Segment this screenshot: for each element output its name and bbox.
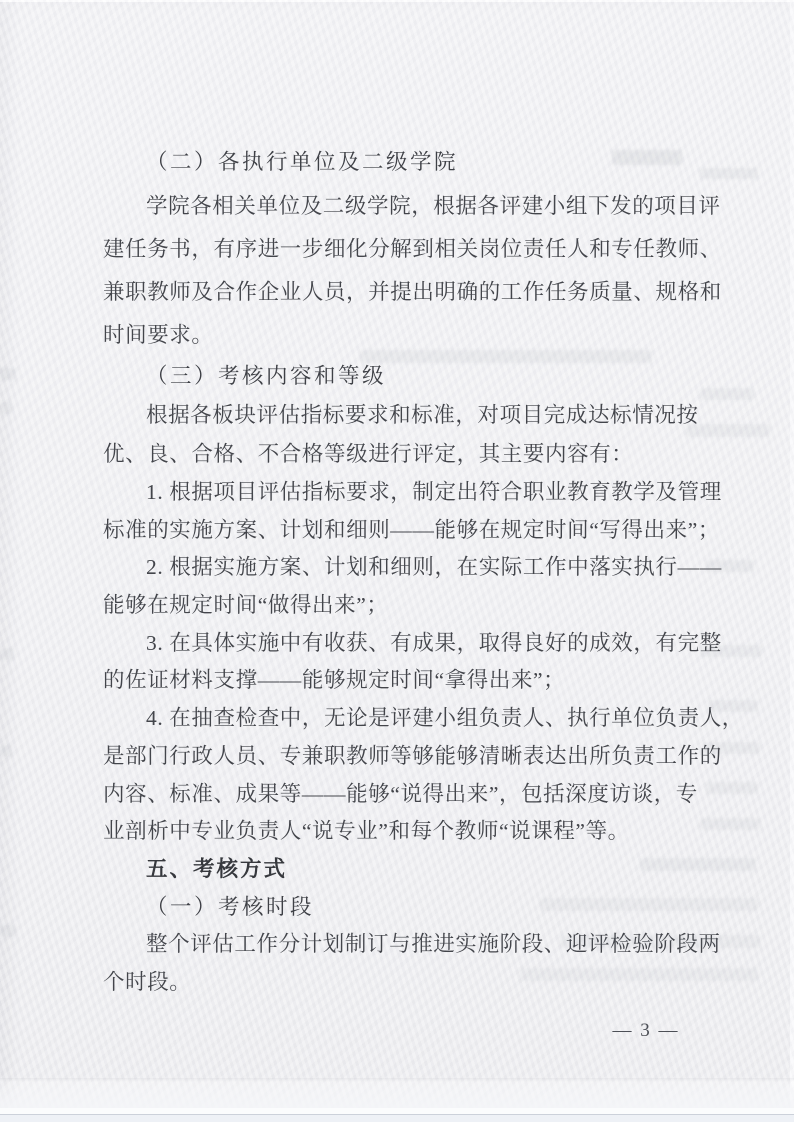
paragraph-line: 根据各板块评估指标要求和标准，对项目完成达标情况按 (103, 396, 699, 435)
section-heading-3: （三）考核内容和等级 (103, 357, 699, 396)
numbered-item-line: 是部门行政人员、专兼职教师等够能够清晰表达出所负责工作的 (103, 738, 699, 776)
paragraph-line: 优、良、合格、不合格等级进行评定，其主要内容有： (103, 435, 699, 474)
scan-bottom-edge (0, 1114, 794, 1122)
numbered-item-line: 的佐证材料支撑——能够规定时间“拿得出来”； (103, 662, 699, 700)
bleed-through-mark (700, 818, 760, 830)
chapter-heading-5: 五、考核方式 (103, 851, 699, 889)
numbered-item-line: 业剖析中专业负责人“说专业”和每个教师“说课程”等。 (103, 813, 699, 851)
numbered-item-line: 标准的实施方案、计划和细则——能够在规定时间“写得出来”； (103, 512, 699, 550)
numbered-item-line: 2. 根据实施方案、计划和细则，在实际工作中落实执行—— (103, 549, 699, 587)
paragraph-line: 兼职教师及合作企业人员，并提出明确的工作任务质量、规格和 (103, 271, 699, 314)
paragraph-line: 学院各相关单位及二级学院，根据各评建小组下发的项目评 (103, 185, 699, 228)
paragraph-line: 个时段。 (103, 964, 699, 1002)
page-number: — 3 — (596, 1018, 696, 1044)
numbered-item-line: 1. 根据项目评估指标要求，制定出符合职业教育教学及管理 (103, 474, 699, 512)
scan-fold-band (0, 1078, 794, 1110)
bleed-through-mark (700, 388, 754, 400)
bleed-through-mark (700, 168, 758, 179)
document-body: （二）各执行单位及二级学院 学院各相关单位及二级学院，根据各评建小组下发的项目评… (103, 140, 699, 1002)
bleed-through-mark (706, 782, 758, 794)
section-heading-5-1: （一）考核时段 (103, 889, 699, 927)
numbered-item-line: 4. 在抽查检查中，无论是评建小组负责人、执行单位负责人， (103, 700, 699, 738)
scanned-document-page: （二）各执行单位及二级学院 学院各相关单位及二级学院，根据各评建小组下发的项目评… (0, 0, 794, 1122)
bleed-through-mark (0, 402, 12, 414)
paragraph-line: 建任务书，有序进一步细化分解到相关岗位责任人和专任教师、 (103, 228, 699, 271)
paragraph-line: 时间要求。 (103, 314, 699, 357)
numbered-item-line: 内容、标准、成果等——能够“说得出来”，包括深度访谈，专 (103, 776, 699, 814)
paragraph-line: 整个评估工作分计划制订与推进实施阶段、迎评检验阶段两 (103, 926, 699, 964)
bleed-through-mark (0, 648, 14, 660)
numbered-item-line: 3. 在具体实施中有收获、有成果，取得良好的成效，有完整 (103, 625, 699, 663)
numbered-item-line: 能够在规定时间“做得出来”； (103, 587, 699, 625)
bleed-through-mark (0, 368, 16, 380)
bleed-through-mark (0, 745, 12, 757)
section-heading-2: （二）各执行单位及二级学院 (103, 140, 699, 185)
bleed-through-mark (0, 925, 16, 937)
